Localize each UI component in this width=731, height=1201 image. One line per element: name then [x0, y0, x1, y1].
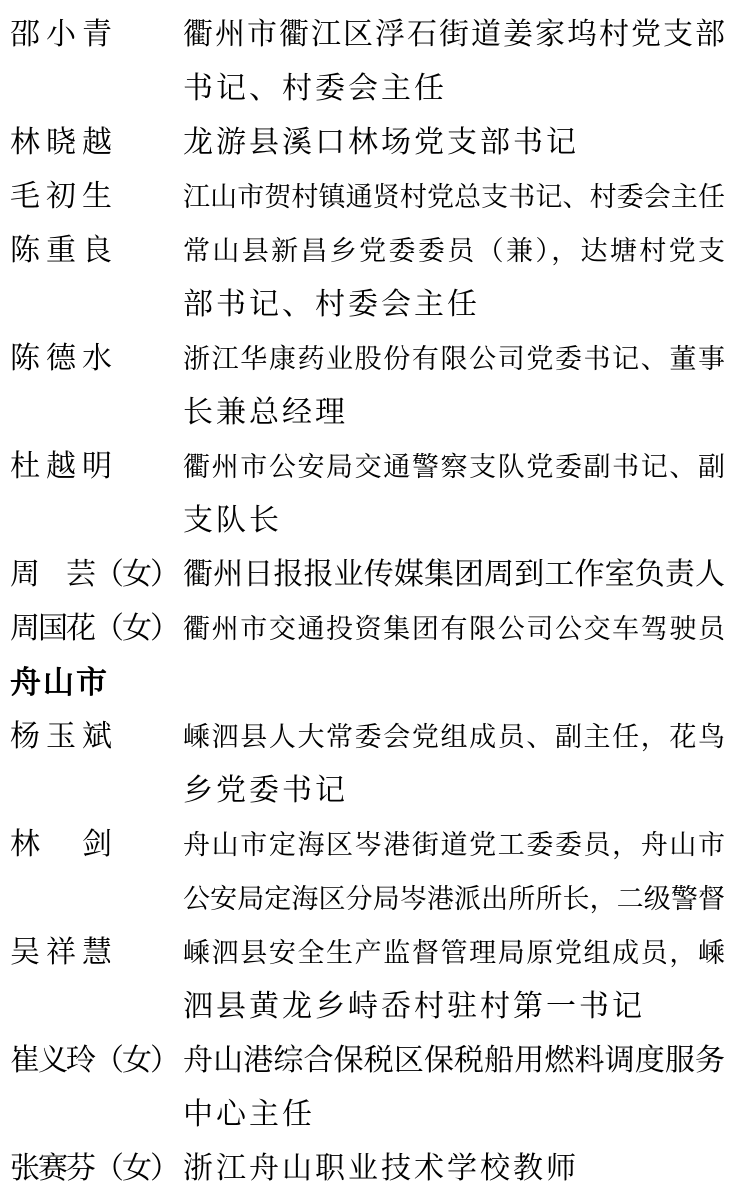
entry-name: 林 剑 — [10, 818, 183, 872]
entry-name: 周国花（女） — [10, 602, 183, 656]
entry-row: 张赛芬（女） 浙江舟山职业技术学校教师 — [10, 1142, 725, 1196]
entry-description: 江山市贺村镇通贤村党总支书记、村委会主任 — [183, 170, 725, 224]
entry-row: 周国花（女） 衢州市交通投资集团有限公司公交车驾驶员 — [10, 602, 725, 656]
entry-description: 常山县新昌乡党委委员（兼），达塘村党支 部书记、村委会主任 — [183, 224, 725, 332]
entry-description-line: 常山县新昌乡党委委员（兼），达塘村党支 — [183, 224, 725, 278]
entry-description: 浙江舟山职业技术学校教师 — [183, 1142, 725, 1196]
entry-description-line: 龙游县溪口林场党支部书记 — [183, 116, 725, 170]
entry-description-line: 部书记、村委会主任 — [183, 278, 725, 332]
entry-description-line: 衢州市公安局交通警察支队党委副书记、副 — [183, 440, 725, 494]
entry-description: 舟山港综合保税区保税船用燃料调度服务 中心主任 — [183, 1034, 725, 1142]
entry-name: 毛初生 — [10, 170, 183, 224]
entry-name: 邵小青 — [10, 8, 183, 62]
entry-name: 张赛芬（女） — [10, 1142, 183, 1196]
entry-row: 崔义玲（女） 舟山港综合保税区保税船用燃料调度服务 中心主任 — [10, 1034, 725, 1142]
entry-description-line: 长兼总经理 — [183, 386, 725, 440]
section-header-zhoushan: 舟山市 — [10, 656, 725, 710]
entry-name: 陈重良 — [10, 224, 183, 278]
entry-row: 林晓越 龙游县溪口林场党支部书记 — [10, 116, 725, 170]
entry-description-line: 嵊泗县安全生产监督管理局原党组成员，嵊 — [183, 926, 725, 980]
entry-name: 崔义玲（女） — [10, 1034, 183, 1088]
entry-row: 杨玉斌 嵊泗县人大常委会党组成员、副主任，花鸟 乡党委书记 — [10, 710, 725, 818]
entry-description: 嵊泗县人大常委会党组成员、副主任，花鸟 乡党委书记 — [183, 710, 725, 818]
entry-name: 杜越明 — [10, 440, 183, 494]
entry-description: 衢州市衢江区浮石街道姜家坞村党支部 书记、村委会主任 — [183, 8, 725, 116]
entry-row: 周 芸（女） 衢州日报报业传媒集团周到工作室负责人 — [10, 548, 725, 602]
entry-row: 吴祥慧 嵊泗县安全生产监督管理局原党组成员，嵊 泗县黄龙乡峙岙村驻村第一书记 — [10, 926, 725, 1034]
entry-description-line: 浙江华康药业股份有限公司党委书记、董事 — [183, 332, 725, 386]
entry-description-line: 衢州市交通投资集团有限公司公交车驾驶员 — [183, 602, 725, 656]
entry-description-line: 浙江舟山职业技术学校教师 — [183, 1142, 725, 1196]
entry-description-line: 江山市贺村镇通贤村党总支书记、村委会主任 — [183, 170, 725, 224]
entry-description-line: 支队长 — [183, 494, 725, 548]
entry-description-line: 嵊泗县人大常委会党组成员、副主任，花鸟 — [183, 710, 725, 764]
entry-row: 陈重良 常山县新昌乡党委委员（兼），达塘村党支 部书记、村委会主任 — [10, 224, 725, 332]
document-page: 邵小青 衢州市衢江区浮石街道姜家坞村党支部 书记、村委会主任 林晓越 龙游县溪口… — [0, 0, 731, 1201]
entry-name: 陈德水 — [10, 332, 183, 386]
entry-description-line: 泗县黄龙乡峙岙村驻村第一书记 — [183, 980, 725, 1034]
entry-description-line: 衢州市衢江区浮石街道姜家坞村党支部 — [183, 8, 725, 62]
entry-row: 杜越明 衢州市公安局交通警察支队党委副书记、副 支队长 — [10, 440, 725, 548]
entry-description-line: 公安局定海区分局岑港派出所所长，二级警督 — [183, 872, 725, 926]
entry-row: 陈德水 浙江华康药业股份有限公司党委书记、董事 长兼总经理 — [10, 332, 725, 440]
entry-name: 吴祥慧 — [10, 926, 183, 980]
entry-description-line: 中心主任 — [183, 1088, 725, 1142]
entry-description: 衢州日报报业传媒集团周到工作室负责人 — [183, 548, 725, 602]
entry-description: 龙游县溪口林场党支部书记 — [183, 116, 725, 170]
entry-name: 林晓越 — [10, 116, 183, 170]
entry-name: 周 芸（女） — [10, 548, 183, 602]
entry-description: 衢州市公安局交通警察支队党委副书记、副 支队长 — [183, 440, 725, 548]
entry-description: 舟山市定海区岑港街道党工委委员，舟山市 公安局定海区分局岑港派出所所长，二级警督 — [183, 818, 725, 926]
entry-description: 衢州市交通投资集团有限公司公交车驾驶员 — [183, 602, 725, 656]
entry-row: 邵小青 衢州市衢江区浮石街道姜家坞村党支部 书记、村委会主任 — [10, 8, 725, 116]
entry-description-line: 衢州日报报业传媒集团周到工作室负责人 — [183, 548, 725, 602]
entry-row: 毛初生 江山市贺村镇通贤村党总支书记、村委会主任 — [10, 170, 725, 224]
entry-description: 嵊泗县安全生产监督管理局原党组成员，嵊 泗县黄龙乡峙岙村驻村第一书记 — [183, 926, 725, 1034]
entry-description-line: 乡党委书记 — [183, 764, 725, 818]
entry-description: 浙江华康药业股份有限公司党委书记、董事 长兼总经理 — [183, 332, 725, 440]
entry-description-line: 舟山市定海区岑港街道党工委委员，舟山市 — [183, 818, 725, 872]
entry-description-line: 书记、村委会主任 — [183, 62, 725, 116]
entry-description-line: 舟山港综合保税区保税船用燃料调度服务 — [183, 1034, 725, 1088]
entry-row: 林 剑 舟山市定海区岑港街道党工委委员，舟山市 公安局定海区分局岑港派出所所长，… — [10, 818, 725, 926]
entry-name: 杨玉斌 — [10, 710, 183, 764]
